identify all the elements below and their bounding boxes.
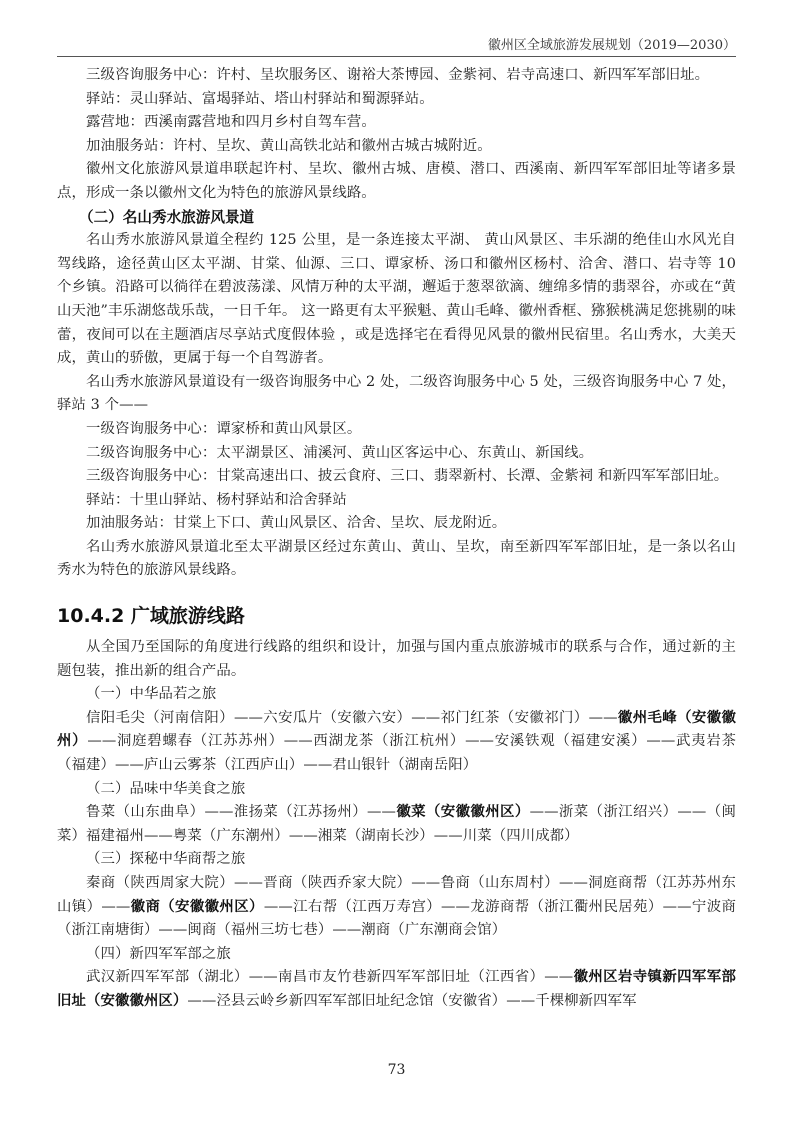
route-description: 鲁菜（山东曲阜）——淮扬菜（江苏扬州）——徽菜（安徽徽州区）——浙菜（浙江绍兴）… <box>57 801 736 848</box>
route-highlight: 徽商（安徽徽州区） <box>130 899 263 915</box>
paragraph: 加油服务站：甘棠上下口、黄山风景区、洽舍、呈坎、辰龙附近。 <box>57 512 736 536</box>
section-heading: 10.4.2 广域旅游线路 <box>57 603 736 629</box>
route-text: 信阳毛尖（河南信阳）——六安瓜片（安徽六安）——祁门红茶（安徽祁门）—— <box>86 710 618 726</box>
paragraph: 名山秀水旅游风景道全程约 125 公里，是一条连接太平湖、 黄山风景区、丰乐湖的… <box>57 229 736 371</box>
paragraph: 加油服务站：许村、呈坎、黄山高铁北站和徽州古城古城附近。 <box>57 135 736 159</box>
route-title: （一）中华品若之旅 <box>57 683 736 707</box>
header-rule <box>57 56 736 57</box>
route-title: （二）品味中华美食之旅 <box>57 778 736 802</box>
subsection-heading: （二）名山秀水旅游风景道 <box>57 206 736 230</box>
route-title: （三）探秘中华商帮之旅 <box>57 848 736 872</box>
section-intro: 从全国乃至国际的角度进行线路的组织和设计，加强与国内重点旅游城市的联系与合作，通… <box>57 636 736 683</box>
paragraph: 三级咨询服务中心：许村、呈坎服务区、谢裕大茶博园、金紫祠、岩寺高速口、新四军军部… <box>57 64 736 88</box>
route-description: 武汉新四军军部（湖北）——南昌市友竹巷新四军军部旧址（江西省）——徽州区岩寺镇新… <box>57 966 736 1013</box>
paragraph: 驿站：十里山驿站、杨村驿站和洽舍驿站 <box>57 489 736 513</box>
paragraph: 三级咨询服务中心：甘棠高速出口、披云食府、三口、翡翠新村、长潭、金紫祠 和新四军… <box>57 465 736 489</box>
route-text: 鲁菜（山东曲阜）——淮扬菜（江苏扬州）—— <box>86 804 396 820</box>
paragraph: 一级咨询服务中心：谭家桥和黄山风景区。 <box>57 418 736 442</box>
paragraph: 名山秀水旅游风景道设有一级咨询服务中心 2 处，二级咨询服务中心 5 处，三级咨… <box>57 371 736 418</box>
route-text: ——泾县云岭乡新四军军部旧址纪念馆（安徽省）——千棵柳新四军军 <box>187 993 636 1009</box>
paragraph: 名山秀水旅游风景道北至太平湖景区经过东黄山、黄山、呈坎，南至新四军军部旧址，是一… <box>57 536 736 583</box>
route-text: 武汉新四军军部（湖北）——南昌市友竹巷新四军军部旧址（江西省）—— <box>86 969 573 985</box>
paragraph: 露营地：西溪南露营地和四月乡村自驾车营。 <box>57 111 736 135</box>
route-description: 秦商（陕西周家大院）——晋商（陕西乔家大院）——鲁商（山东周村）——洞庭商帮（江… <box>57 872 736 943</box>
paragraph: 二级咨询服务中心：太平湖景区、浦溪河、黄山区客运中心、东黄山、新国线。 <box>57 442 736 466</box>
route-highlight: 徽菜（安徽徽州区） <box>396 804 530 820</box>
running-header: 徽州区全域旅游发展规划（2019—2030） <box>57 38 736 56</box>
route-title: （四）新四军军部之旅 <box>57 943 736 967</box>
paragraph: 徽州文化旅游风景道串联起许村、呈坎、徽州古城、唐模、潜口、西溪南、新四军军部旧址… <box>57 158 736 205</box>
paragraph: 驿站：灵山驿站、富堨驿站、塔山村驿站和蜀源驿站。 <box>57 88 736 112</box>
route-text: ——洞庭碧螺春（江苏苏州）——西湖龙茶（浙江杭州）——安溪铁观（福建安溪）——武… <box>57 733 736 773</box>
page-body: 三级咨询服务中心：许村、呈坎服务区、谢裕大茶博园、金紫祠、岩寺高速口、新四军军部… <box>57 64 736 1014</box>
page-number: 73 <box>0 1062 793 1078</box>
route-description: 信阳毛尖（河南信阳）——六安瓜片（安徽六安）——祁门红茶（安徽祁门）——徽州毛峰… <box>57 707 736 778</box>
